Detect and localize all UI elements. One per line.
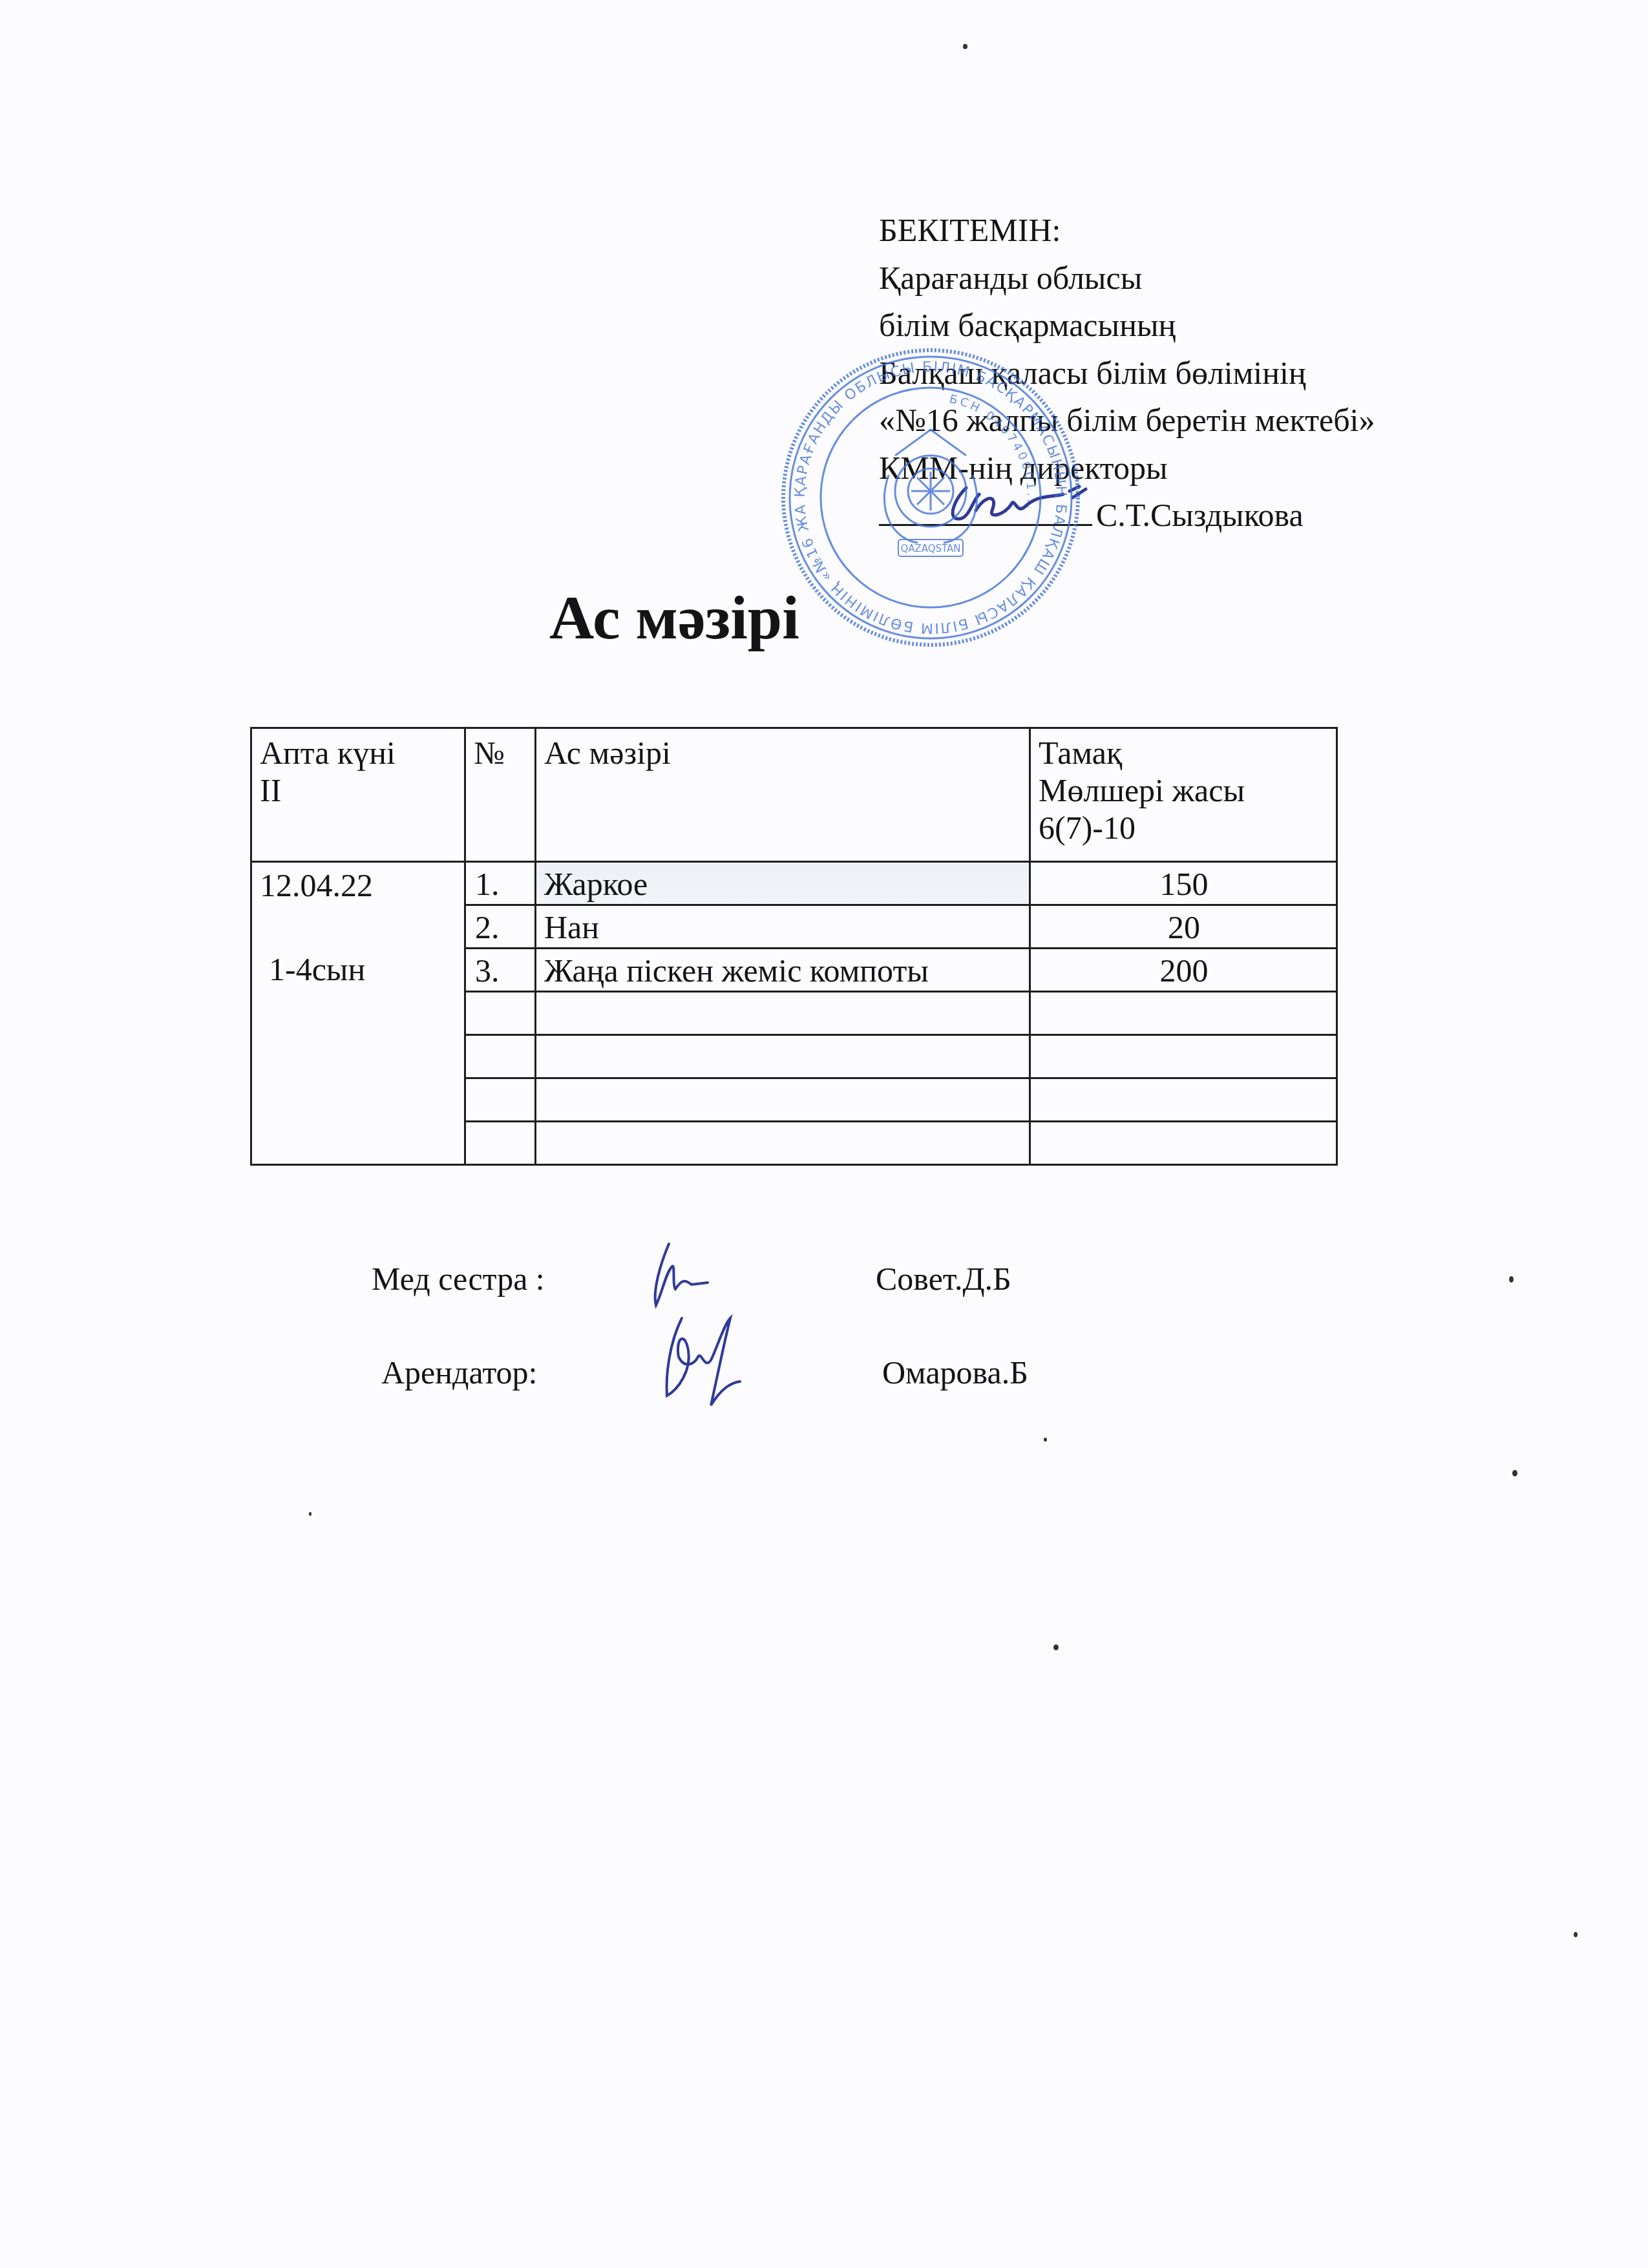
row-dish [536, 1078, 1030, 1122]
menu-date: 12.04.22 [260, 866, 458, 904]
approval-line: білім басқармасының [879, 302, 1375, 350]
row-dish: Жаңа піскен жеміс компоты [536, 949, 1030, 992]
approval-heading: БЕКІТЕМІН: [879, 207, 1375, 255]
scan-speck [309, 1512, 312, 1516]
approval-line: Қарағанды облысы [879, 255, 1375, 302]
header-number: № [465, 728, 536, 862]
row-number [465, 1078, 536, 1122]
scan-speck [1044, 1438, 1047, 1442]
row-dish: Жаркое [536, 862, 1030, 905]
signature-name: Совет.Д.Б [876, 1260, 1011, 1297]
director-name: С.Т.Сыздыкова [1096, 497, 1304, 533]
tenant-signature [659, 1312, 756, 1409]
header-day: Апта күні II [251, 728, 465, 862]
scan-speck [1053, 1644, 1059, 1650]
scan-speck [1509, 1276, 1514, 1283]
table-row: 12.04.22 1-4сын 1. Жаркое 150 [251, 862, 1337, 905]
row-amount [1030, 1035, 1337, 1078]
row-amount [1030, 992, 1337, 1035]
menu-table: Апта күні II № Ас мәзірі Тамақ Мөлшері ж… [250, 727, 1338, 1166]
nurse-signature [646, 1241, 724, 1312]
scan-speck [963, 44, 967, 49]
day-cell: 12.04.22 1-4сын [251, 862, 465, 1165]
row-dish [536, 1035, 1030, 1078]
official-stamp: ҚАРАҒАНДЫ ОБЛЫСЫ БІЛІМ БАСҚАРМАСЫНЫҢ БАЛ… [779, 346, 1083, 649]
row-number: 1. [465, 862, 536, 905]
row-amount: 20 [1030, 905, 1337, 949]
scan-speck [1512, 1470, 1517, 1476]
table-header-row: Апта күні II № Ас мәзірі Тамақ Мөлшері ж… [251, 728, 1337, 862]
row-amount [1030, 1078, 1337, 1122]
signature-role: Мед сестра : [372, 1260, 545, 1297]
row-number [465, 992, 536, 1035]
row-dish [536, 1122, 1030, 1165]
row-number [465, 1035, 536, 1078]
row-dish: Нан [536, 905, 1030, 949]
row-number: 2. [465, 905, 536, 949]
header-dish: Ас мәзірі [536, 728, 1030, 862]
page-title: Ас мәзірі [549, 582, 799, 653]
row-number: 3. [465, 949, 536, 992]
row-number [465, 1122, 536, 1165]
row-amount [1030, 1122, 1337, 1165]
emblem-label: QAZAQSTAN [900, 543, 960, 554]
signature-role: Арендатор: [381, 1354, 537, 1391]
row-amount: 200 [1030, 949, 1337, 992]
signature-name: Омарова.Б [882, 1354, 1028, 1391]
row-dish [536, 992, 1030, 1035]
header-amount: Тамақ Мөлшері жасы 6(7)-10 [1030, 728, 1337, 862]
row-amount: 150 [1030, 862, 1337, 905]
class-group: 1-4сын [260, 950, 458, 988]
scan-speck [1574, 1932, 1578, 1937]
emblem-icon [885, 430, 977, 543]
